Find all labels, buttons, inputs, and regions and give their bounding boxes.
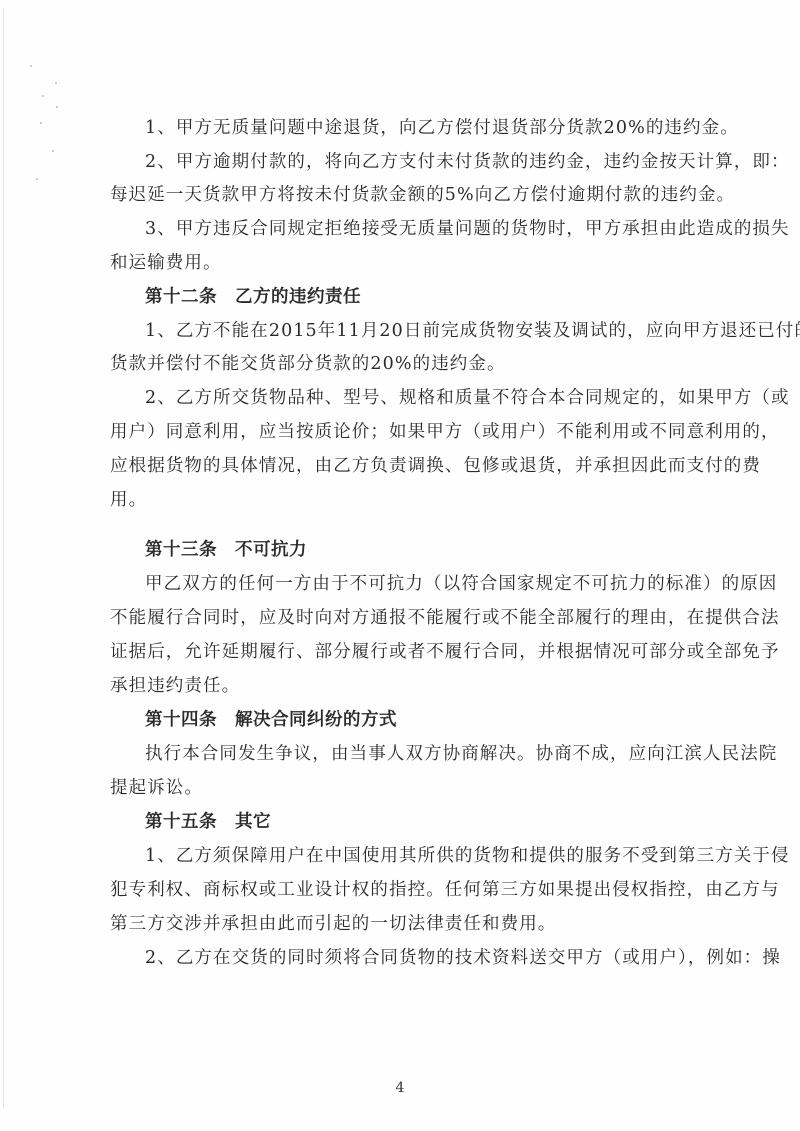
article-title: 其它 <box>235 812 271 832</box>
text-line: 甲乙双方的任何一方由于不可抗力（以符合国家规定不可抗力的标准）的原因 <box>145 572 700 596</box>
text-line: 1、甲方无质量问题中途退货，向乙方偿付退货部分货款20%的违约金。 <box>145 116 700 140</box>
text-line: 2、乙方所交货物品种、型号、规格和质量不符合本合同规定的，如果甲方（或 <box>145 386 700 410</box>
text-line: 第三方交涉并承担由此而引起的一切法律责任和费用。 <box>110 912 700 936</box>
text-line: 犯专利权、商标权或工业设计权的指控。任何第三方如果提出侵权指控，由乙方与 <box>110 878 700 902</box>
scan-speck <box>56 106 58 108</box>
text-line: 每迟延一天货款甲方将按未付货款金额的5%向乙方偿付逾期付款的违约金。 <box>110 183 700 207</box>
text-line: 和运输费用。 <box>110 251 700 275</box>
article-title: 不可抗力 <box>235 540 307 560</box>
scan-speck <box>40 122 42 124</box>
scan-speck <box>30 65 32 67</box>
text-line: 承担违约责任。 <box>110 674 700 698</box>
text-line: 提起诉讼。 <box>110 776 700 800</box>
text-line: 2、甲方逾期付款的，将向乙方支付未付货款的违约金，违约金按天计算，即： <box>145 150 700 174</box>
article-heading: 第十四条解决合同纠纷的方式 <box>145 708 700 732</box>
scan-speck <box>55 82 57 84</box>
text-line: 2、乙方在交货的同时须将合同货物的技术资料送交甲方（或用户），例如：操 <box>145 946 700 970</box>
document-page: 1、甲方无质量问题中途退货，向乙方偿付退货部分货款20%的违约金。2、甲方逾期付… <box>0 0 800 1131</box>
text-line: 应根据货物的具体情况，由乙方负责调换、包修或退货，并承担因此而支付的费 <box>110 454 700 478</box>
article-title: 乙方的违约责任 <box>235 287 361 307</box>
article-number: 第十四条 <box>145 710 217 730</box>
article-heading: 第十二条乙方的违约责任 <box>145 285 700 309</box>
text-line: 证据后，允许延期履行、部分履行或者不履行合同，并根据情况可部分或全部免予 <box>110 640 700 664</box>
text-line: 用户）同意利用，应当按质论价；如果甲方（或用户）不能利用或不同意利用的， <box>110 420 700 444</box>
scan-edge <box>3 8 4 1108</box>
page-number: 4 <box>0 1080 800 1096</box>
text-line: 3、甲方违反合同规定拒绝接受无质量问题的货物时，甲方承担由此造成的损失 <box>145 217 700 241</box>
scan-speck <box>36 178 38 180</box>
text-line: 执行本合同发生争议，由当事人双方协商解决。协商不成，应向江滨人民法院 <box>145 742 700 766</box>
text-line: 货款并偿付不能交货部分货款的20%的违约金。 <box>110 352 700 376</box>
text-line: 1、乙方不能在2015年11月20日前完成货物安装及调试的，应向甲方退还已付的 <box>145 319 700 343</box>
article-heading: 第十三条不可抗力 <box>145 538 700 562</box>
text-line: 不能履行合同时，应及时向对方通报不能履行或不能全部履行的理由，在提供合法 <box>110 606 700 630</box>
text-line: 用。 <box>110 488 700 512</box>
article-heading: 第十五条其它 <box>145 810 700 834</box>
scan-speck <box>52 150 54 152</box>
scan-speck <box>42 95 44 97</box>
text-line: 1、乙方须保障用户在中国使用其所供的货物和提供的服务不受到第三方关于侵 <box>145 844 700 868</box>
article-title: 解决合同纠纷的方式 <box>235 710 397 730</box>
article-number: 第十五条 <box>145 812 217 832</box>
article-number: 第十二条 <box>145 287 217 307</box>
article-number: 第十三条 <box>145 540 217 560</box>
